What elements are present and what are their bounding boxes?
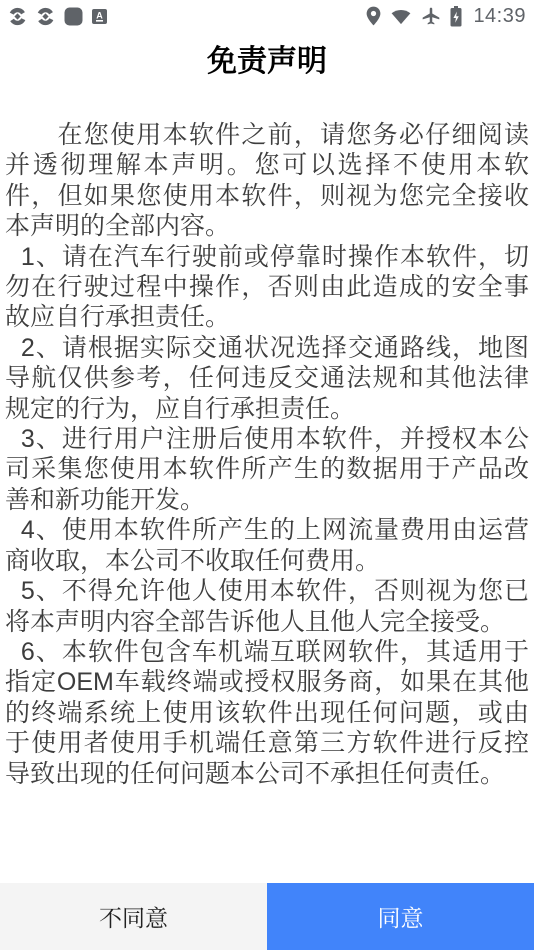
disclaimer-paragraph-2: 2、请根据实际交通状况选择交通路线，地图导航仅供参考，任何违反交通法规和其他法律… xyxy=(5,333,529,424)
disclaimer-paragraph-1: 1、请在汽车行驶前或停靠时操作本软件，切勿在行驶过程中操作，否则由此造成的安全事… xyxy=(5,242,529,333)
status-bar: A xyxy=(0,0,534,30)
disclaimer-paragraph-4: 4、使用本软件所产生的上网流量费用由运营商收取，本公司不收取任何费用。 xyxy=(5,515,529,576)
disclaimer-paragraph-6: 6、本软件包含车机端互联网软件，其适用于指定OEM车载终端或授权服务商，如果在其… xyxy=(5,637,529,789)
page-title: 免责声明 xyxy=(0,42,534,82)
disclaimer-screen: A xyxy=(0,0,534,950)
footer-buttons: 不同意 同意 xyxy=(0,883,534,950)
location-icon xyxy=(366,6,381,26)
disagree-button[interactable]: 不同意 xyxy=(0,883,267,950)
status-bar-left: A xyxy=(8,7,107,26)
sync-icon xyxy=(8,7,27,26)
input-method-a-icon: A xyxy=(92,8,107,25)
disclaimer-paragraph-intro: 在您使用本软件之前，请您务必仔细阅读并透彻理解本声明。您可以选择不使用本软件，但… xyxy=(5,120,529,242)
airplane-mode-icon xyxy=(421,6,441,26)
agree-button[interactable]: 同意 xyxy=(267,883,534,950)
battery-charging-icon xyxy=(450,6,462,27)
disclaimer-paragraph-5: 5、不得允许他人使用本软件，否则视为您已将本声明内容全部告诉他人且他人完全接受。 xyxy=(5,576,529,637)
status-time: 14:39 xyxy=(473,5,526,28)
wifi-icon xyxy=(390,8,412,25)
app-square-icon xyxy=(64,7,83,26)
svg-text:A: A xyxy=(96,10,103,20)
disclaimer-paragraph-3: 3、进行用户注册后使用本软件，并授权本公司采集您使用本软件所产生的数据用于产品改… xyxy=(5,424,529,515)
disclaimer-text: 在您使用本软件之前，请您务必仔细阅读并透彻理解本声明。您可以选择不使用本软件，但… xyxy=(0,120,534,789)
status-bar-right: 14:39 xyxy=(366,5,526,28)
sync-icon xyxy=(36,7,55,26)
